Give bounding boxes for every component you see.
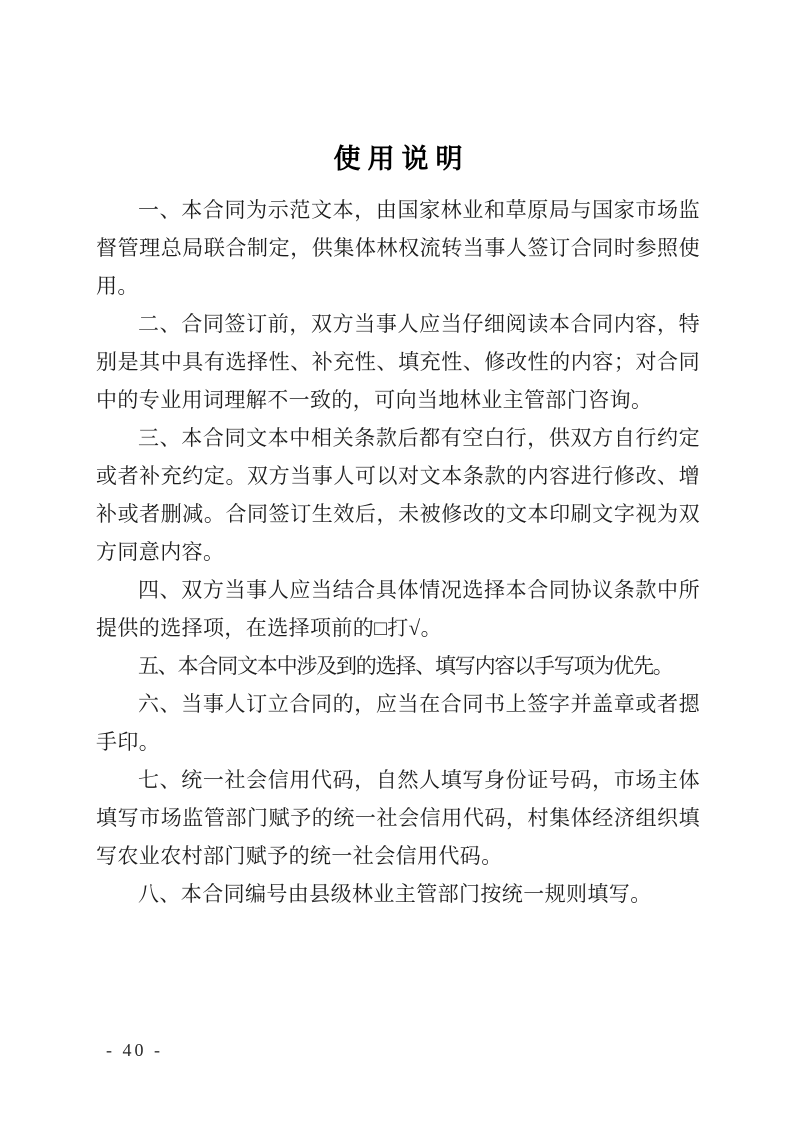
document-page: 使用说明 一、本合同为示范文本，由国家林业和草原局与国家市场监督管理总局联合制定… (0, 0, 793, 1122)
instruction-paragraph-7: 七、统一社会信用代码，自然人填写身份证号码，市场主体填写市场监管部门赋予的统一社… (96, 761, 700, 875)
instruction-paragraph-5: 五、本合同文本中涉及到的选择、填写内容以手写项为优先。 (96, 647, 700, 685)
instruction-paragraph-4: 四、双方当事人应当结合具体情况选择本合同协议条款中所提供的选择项，在选择项前的□… (96, 571, 700, 647)
instruction-paragraph-8: 八、本合同编号由县级林业主管部门按统一规则填写。 (96, 875, 700, 913)
page-title: 使用说明 (96, 140, 700, 178)
instruction-paragraph-3: 三、本合同文本中相关条款后都有空白行，供双方自行约定或者补充约定。双方当事人可以… (96, 419, 700, 571)
page-number: - 40 - (106, 1040, 163, 1060)
instruction-paragraph-6: 六、当事人订立合同的，应当在合同书上签字并盖章或者摁手印。 (96, 685, 700, 761)
document-content: 使用说明 一、本合同为示范文本，由国家林业和草原局与国家市场监督管理总局联合制定… (96, 140, 700, 913)
instruction-paragraph-2: 二、合同签订前，双方当事人应当仔细阅读本合同内容，特别是其中具有选择性、补充性、… (96, 305, 700, 419)
instruction-paragraph-1: 一、本合同为示范文本，由国家林业和草原局与国家市场监督管理总局联合制定，供集体林… (96, 191, 700, 305)
